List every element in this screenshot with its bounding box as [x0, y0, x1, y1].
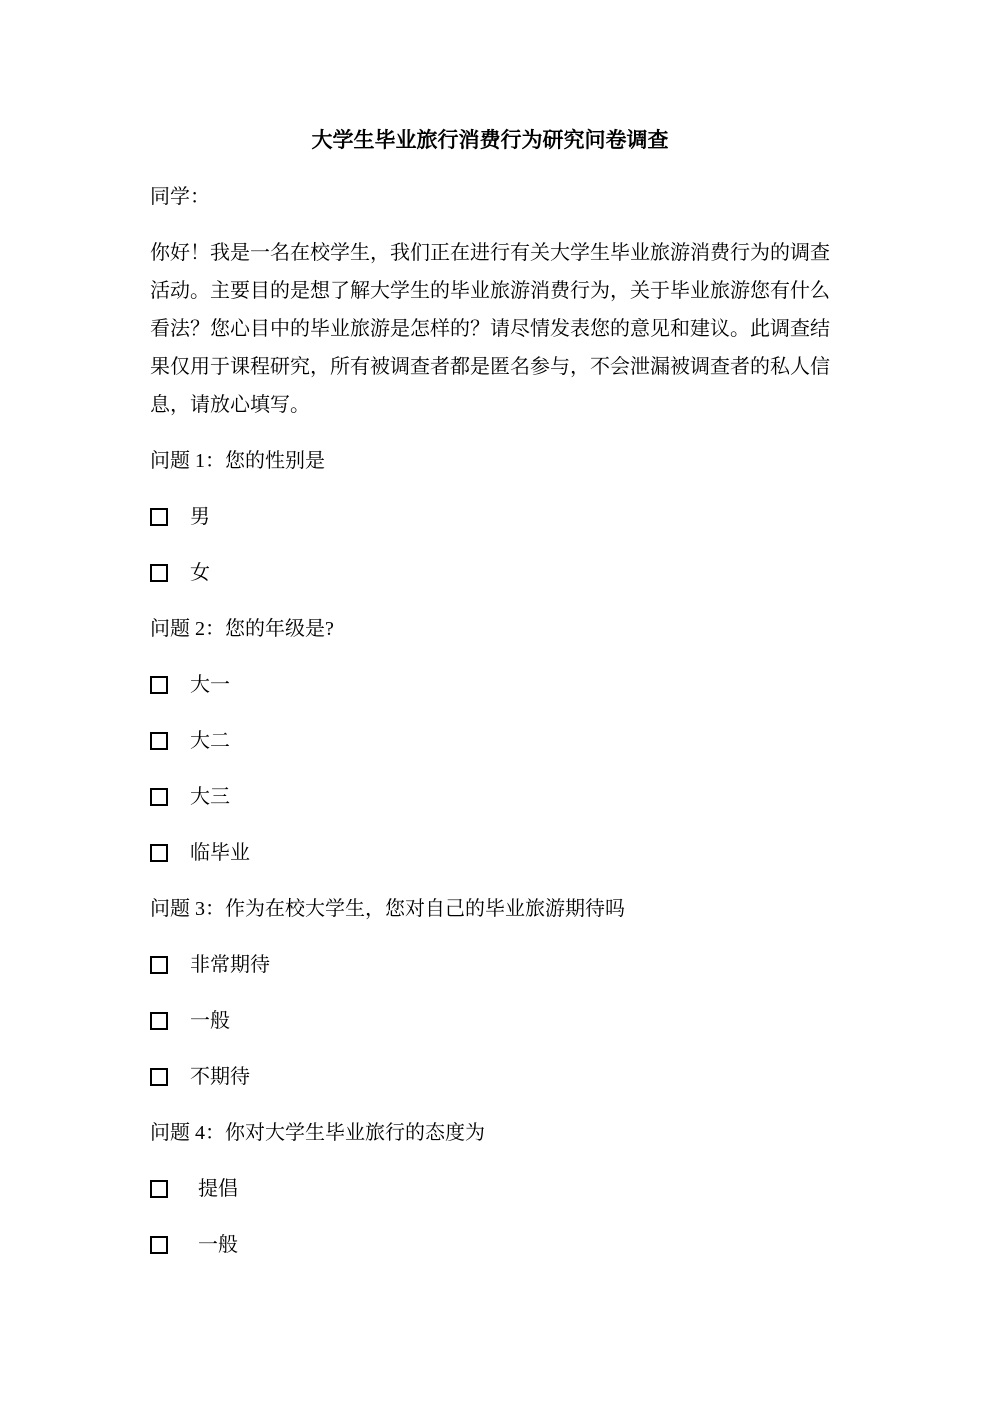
question-1-option-1[interactable]: 男 — [150, 498, 830, 536]
checkbox-icon[interactable] — [150, 1012, 168, 1030]
question-4-option-2[interactable]: 一般 — [150, 1226, 830, 1264]
checkbox-icon[interactable] — [150, 564, 168, 582]
checkbox-icon[interactable] — [150, 676, 168, 694]
question-4-label: 问题 4：你对大学生毕业旅行的态度为 — [150, 1114, 830, 1152]
question-1-option-2[interactable]: 女 — [150, 554, 830, 592]
option-label: 不期待 — [190, 1058, 250, 1096]
checkbox-icon[interactable] — [150, 1180, 168, 1198]
checkbox-icon[interactable] — [150, 788, 168, 806]
document-title: 大学生毕业旅行消费行为研究问卷调查 — [150, 120, 830, 160]
option-label: 大二 — [190, 722, 230, 760]
option-label: 男 — [190, 498, 210, 536]
checkbox-icon[interactable] — [150, 1068, 168, 1086]
question-2-option-3[interactable]: 大三 — [150, 778, 830, 816]
question-3-option-2[interactable]: 一般 — [150, 1002, 830, 1040]
question-1-label: 问题 1：您的性别是 — [150, 442, 830, 480]
checkbox-icon[interactable] — [150, 956, 168, 974]
question-2-option-2[interactable]: 大二 — [150, 722, 830, 760]
option-label: 一般 — [190, 1002, 230, 1040]
option-label: 非常期待 — [190, 946, 270, 984]
option-label: 提倡 — [198, 1170, 238, 1208]
question-2-option-1[interactable]: 大一 — [150, 666, 830, 704]
option-label: 大三 — [190, 778, 230, 816]
checkbox-icon[interactable] — [150, 732, 168, 750]
question-3-option-3[interactable]: 不期待 — [150, 1058, 830, 1096]
question-4-option-1[interactable]: 提倡 — [150, 1170, 830, 1208]
intro-paragraph: 你好！我是一名在校学生，我们正在进行有关大学生毕业旅游消费行为的调查活动。主要目… — [150, 234, 830, 424]
question-2-label: 问题 2：您的年级是? — [150, 610, 830, 648]
question-2-option-4[interactable]: 临毕业 — [150, 834, 830, 872]
option-label: 女 — [190, 554, 210, 592]
option-label: 一般 — [198, 1226, 238, 1264]
checkbox-icon[interactable] — [150, 508, 168, 526]
option-label: 临毕业 — [190, 834, 250, 872]
document-page: 大学生毕业旅行消费行为研究问卷调查 同学： 你好！我是一名在校学生，我们正在进行… — [0, 0, 993, 1404]
checkbox-icon[interactable] — [150, 844, 168, 862]
question-3-option-1[interactable]: 非常期待 — [150, 946, 830, 984]
checkbox-icon[interactable] — [150, 1236, 168, 1254]
question-3-label: 问题 3：作为在校大学生，您对自己的毕业旅游期待吗 — [150, 890, 830, 928]
salutation: 同学： — [150, 178, 830, 216]
option-label: 大一 — [190, 666, 230, 704]
